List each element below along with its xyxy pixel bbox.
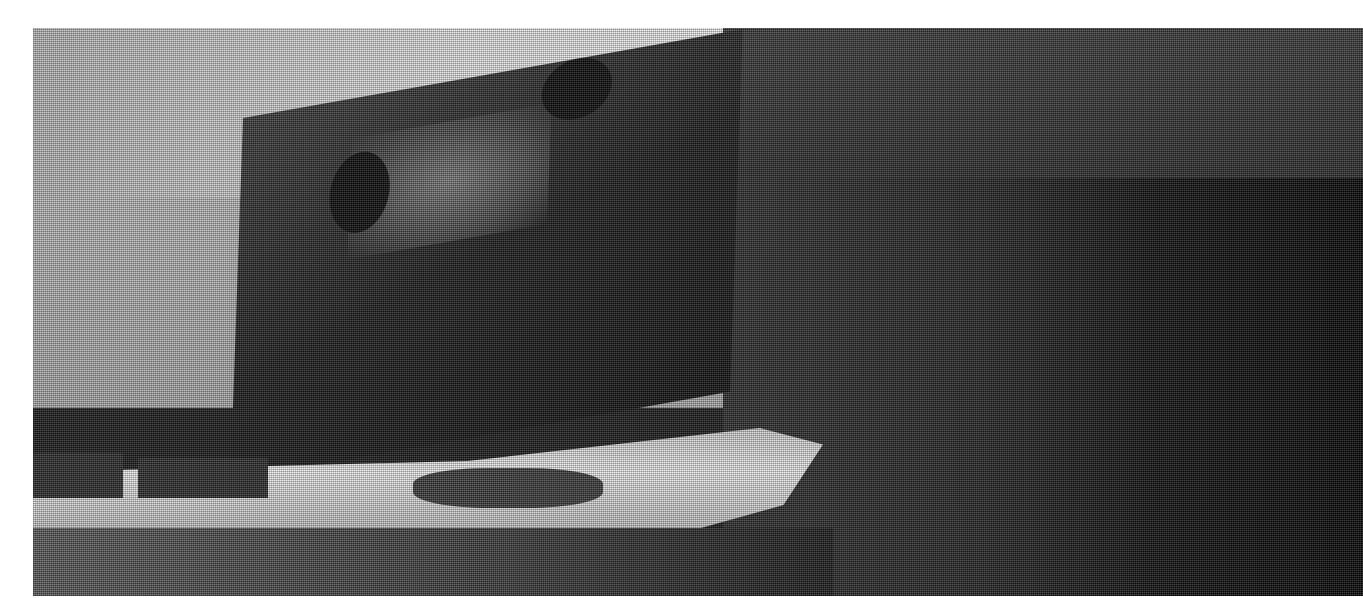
dithered-photograph [33, 28, 1363, 596]
shelf-shadow [413, 468, 603, 508]
shelf-shadow [138, 458, 268, 498]
foreground-dark [33, 528, 833, 596]
dark-background-top [723, 28, 1363, 178]
shelf-shadow [33, 453, 123, 498]
figure-silhouette [541, 52, 613, 125]
